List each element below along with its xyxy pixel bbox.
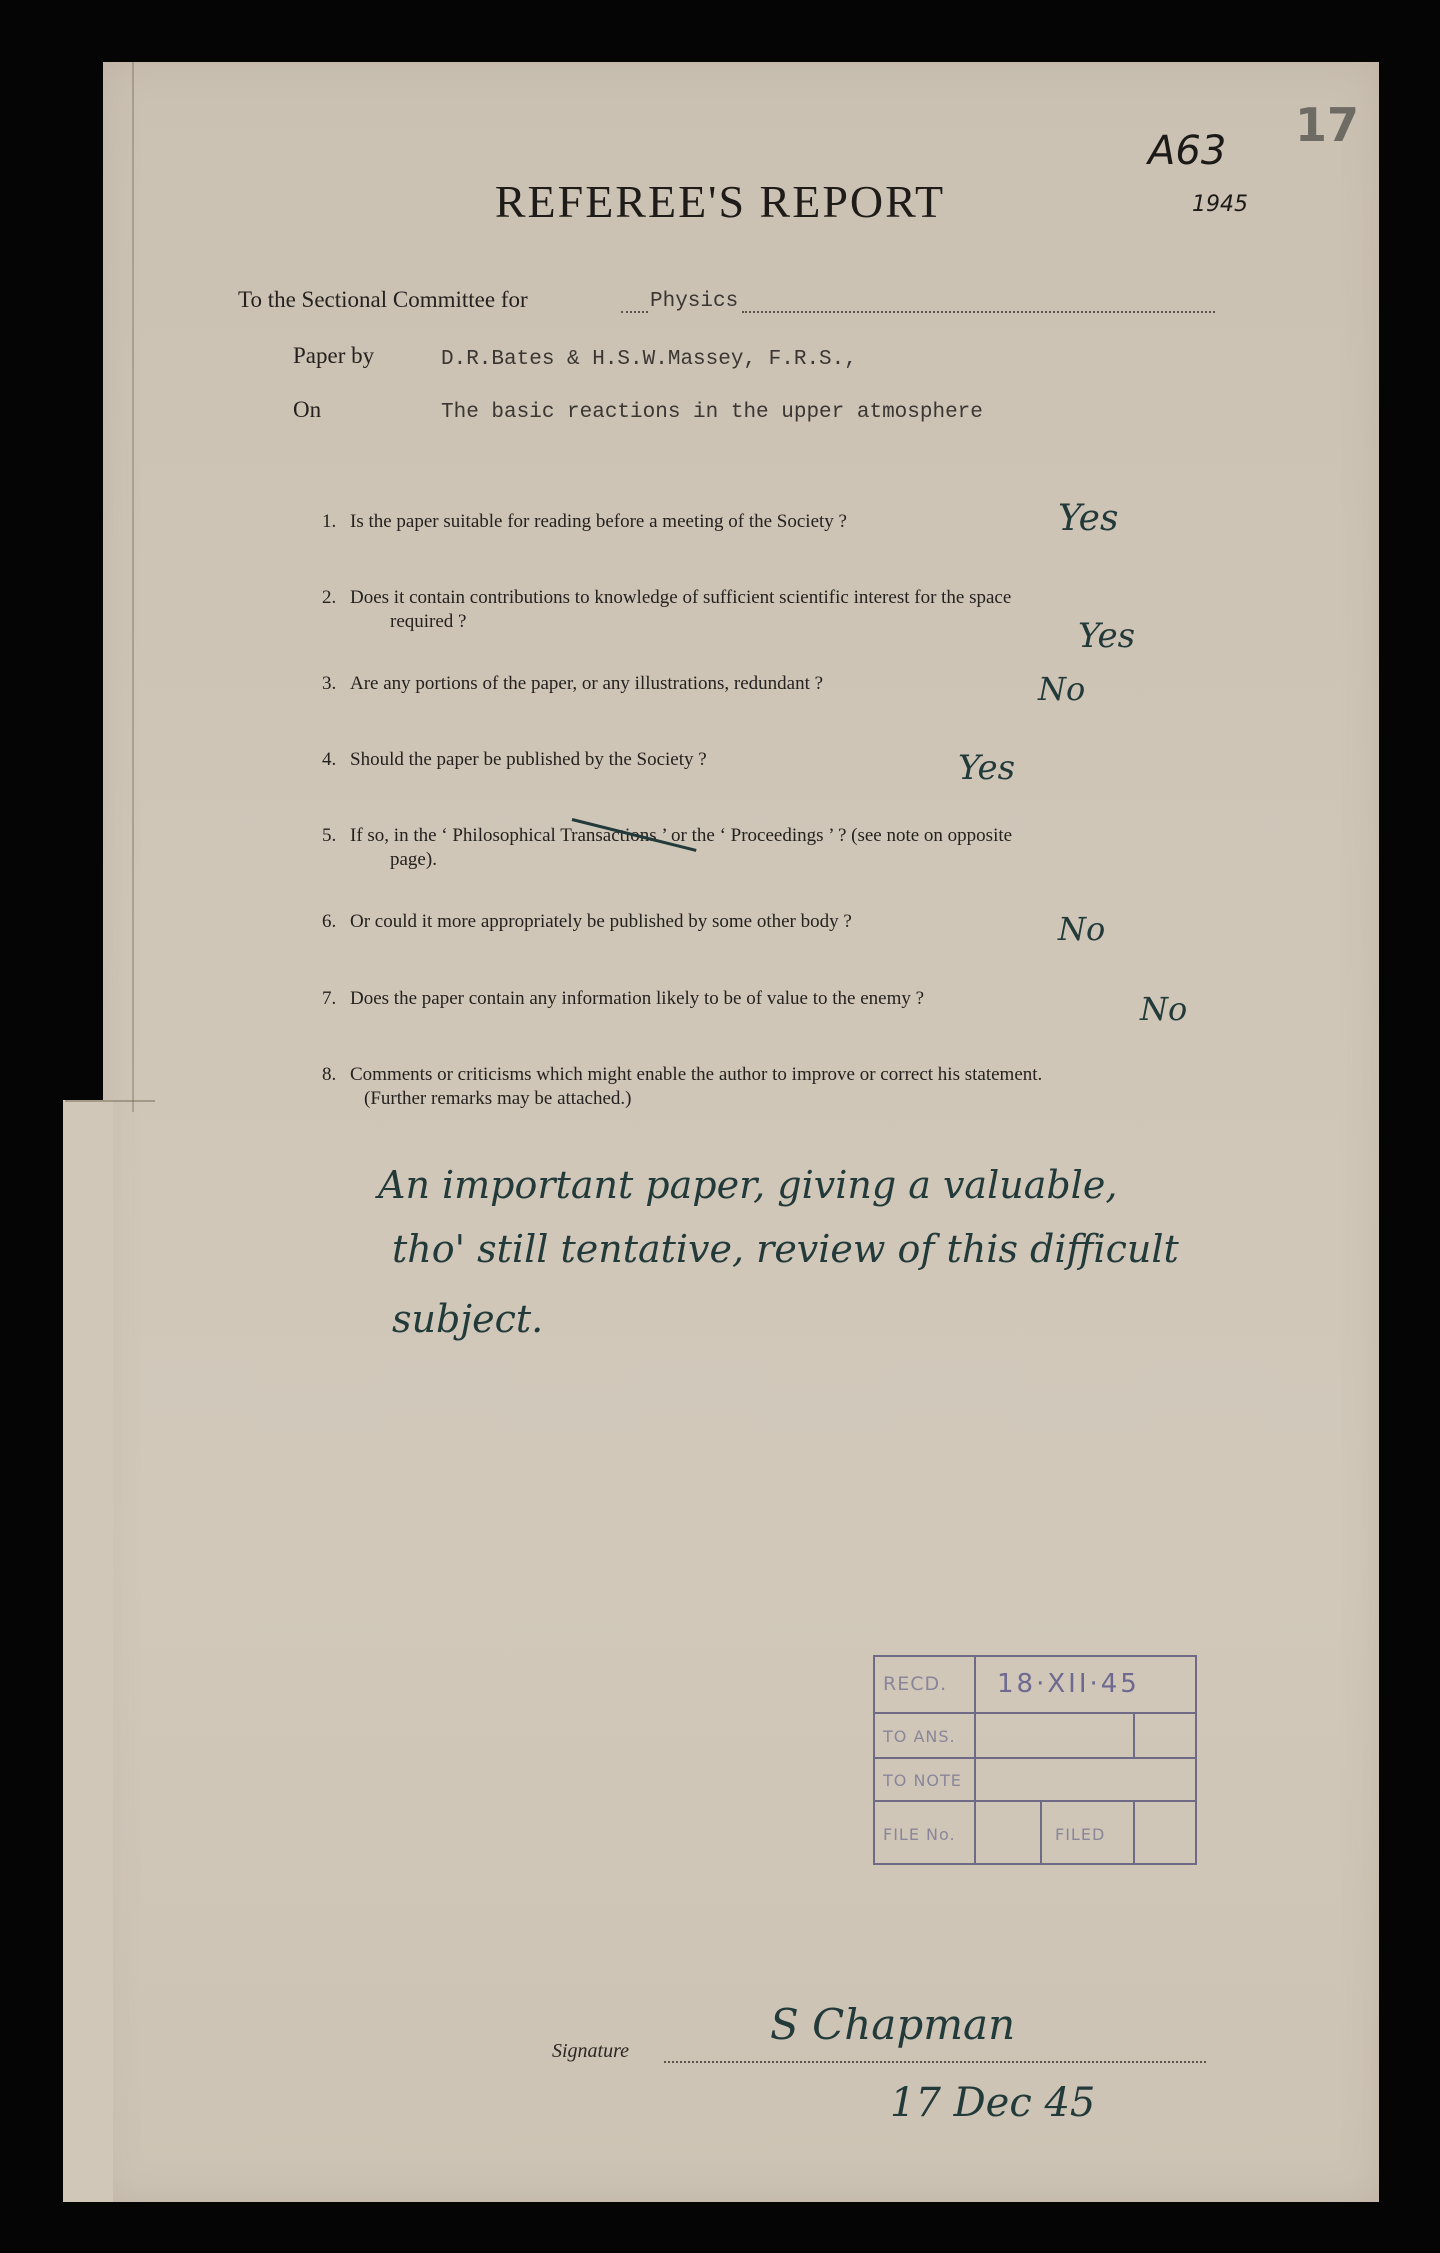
stamp-to-ans-label: TO ANS. bbox=[883, 1727, 956, 1746]
comment-line-1: An important paper, giving a valuable, bbox=[378, 1163, 1117, 1207]
question-5: 5.If so, in the ‘ Philosophical Transact… bbox=[322, 824, 1012, 872]
stamp-divider bbox=[974, 1657, 976, 1863]
committee-dots-lead bbox=[621, 311, 648, 313]
answer-2: Yes bbox=[1078, 616, 1135, 656]
question-6: 6.Or could it more appropriately be publ… bbox=[322, 910, 852, 934]
committee-label: To the Sectional Committee for bbox=[238, 287, 528, 312]
comment-line-2: tho' still tentative, review of this dif… bbox=[392, 1227, 1179, 1271]
paper-tear bbox=[65, 1100, 155, 1102]
stamp-recd-date: 18·XII·45 bbox=[997, 1669, 1140, 1699]
comment-line-3: subject. bbox=[392, 1297, 543, 1341]
stamp-divider bbox=[1133, 1714, 1135, 1757]
stamp-divider bbox=[1133, 1802, 1135, 1863]
answer-4: Yes bbox=[958, 748, 1015, 788]
stamp-filed-label: FILED bbox=[1055, 1825, 1105, 1844]
question-7: 7.Does the paper contain any information… bbox=[322, 987, 924, 1011]
answer-7: No bbox=[1140, 990, 1187, 1028]
on-label: On bbox=[293, 397, 321, 423]
paper-by-label: Paper by bbox=[293, 343, 374, 369]
answer-3: No bbox=[1038, 670, 1085, 708]
question-1: 1.Is the paper suitable for reading befo… bbox=[322, 510, 847, 534]
question-3: 3.Are any portions of the paper, or any … bbox=[322, 672, 823, 696]
page-title: REFEREE'S REPORT bbox=[0, 175, 1440, 228]
stamp-divider bbox=[1040, 1802, 1042, 1863]
archive-ref: A63 bbox=[1148, 128, 1226, 174]
committee-row: To the Sectional Committee for bbox=[238, 287, 528, 313]
question-8: 8.Comments or criticisms which might ena… bbox=[322, 1063, 1042, 1111]
stamp-file-no-label: FILE No. bbox=[883, 1825, 956, 1844]
committee-value: Physics bbox=[650, 290, 738, 313]
signature-label: Signature bbox=[552, 2040, 629, 2063]
signature-line bbox=[664, 2061, 1206, 2063]
answer-1: Yes bbox=[1058, 498, 1118, 539]
page-number: 17 bbox=[1295, 98, 1359, 152]
on-value: The basic reactions in the upper atmosph… bbox=[441, 401, 983, 424]
stamp-to-note-label: TO NOTE bbox=[883, 1771, 962, 1790]
stamp-rule bbox=[875, 1800, 1195, 1802]
received-stamp: RECD. 18·XII·45 TO ANS. TO NOTE FILE No.… bbox=[873, 1655, 1197, 1865]
signature-date: 17 Dec 45 bbox=[890, 2080, 1095, 2126]
question-4: 4.Should the paper be published by the S… bbox=[322, 748, 707, 772]
paper-sheet bbox=[103, 62, 1379, 2202]
stamp-rule bbox=[875, 1757, 1195, 1759]
paper-by-value: D.R.Bates & H.S.W.Massey, F.R.S., bbox=[441, 348, 857, 371]
stamp-recd-label: RECD. bbox=[883, 1673, 947, 1695]
question-2: 2.Does it contain contributions to knowl… bbox=[322, 586, 1011, 634]
paper-lower-flap bbox=[63, 1100, 113, 2202]
committee-dots bbox=[742, 311, 1215, 313]
answer-6: No bbox=[1058, 910, 1105, 948]
signature-name: S Chapman bbox=[770, 2000, 1015, 2049]
stamp-rule bbox=[875, 1712, 1195, 1714]
